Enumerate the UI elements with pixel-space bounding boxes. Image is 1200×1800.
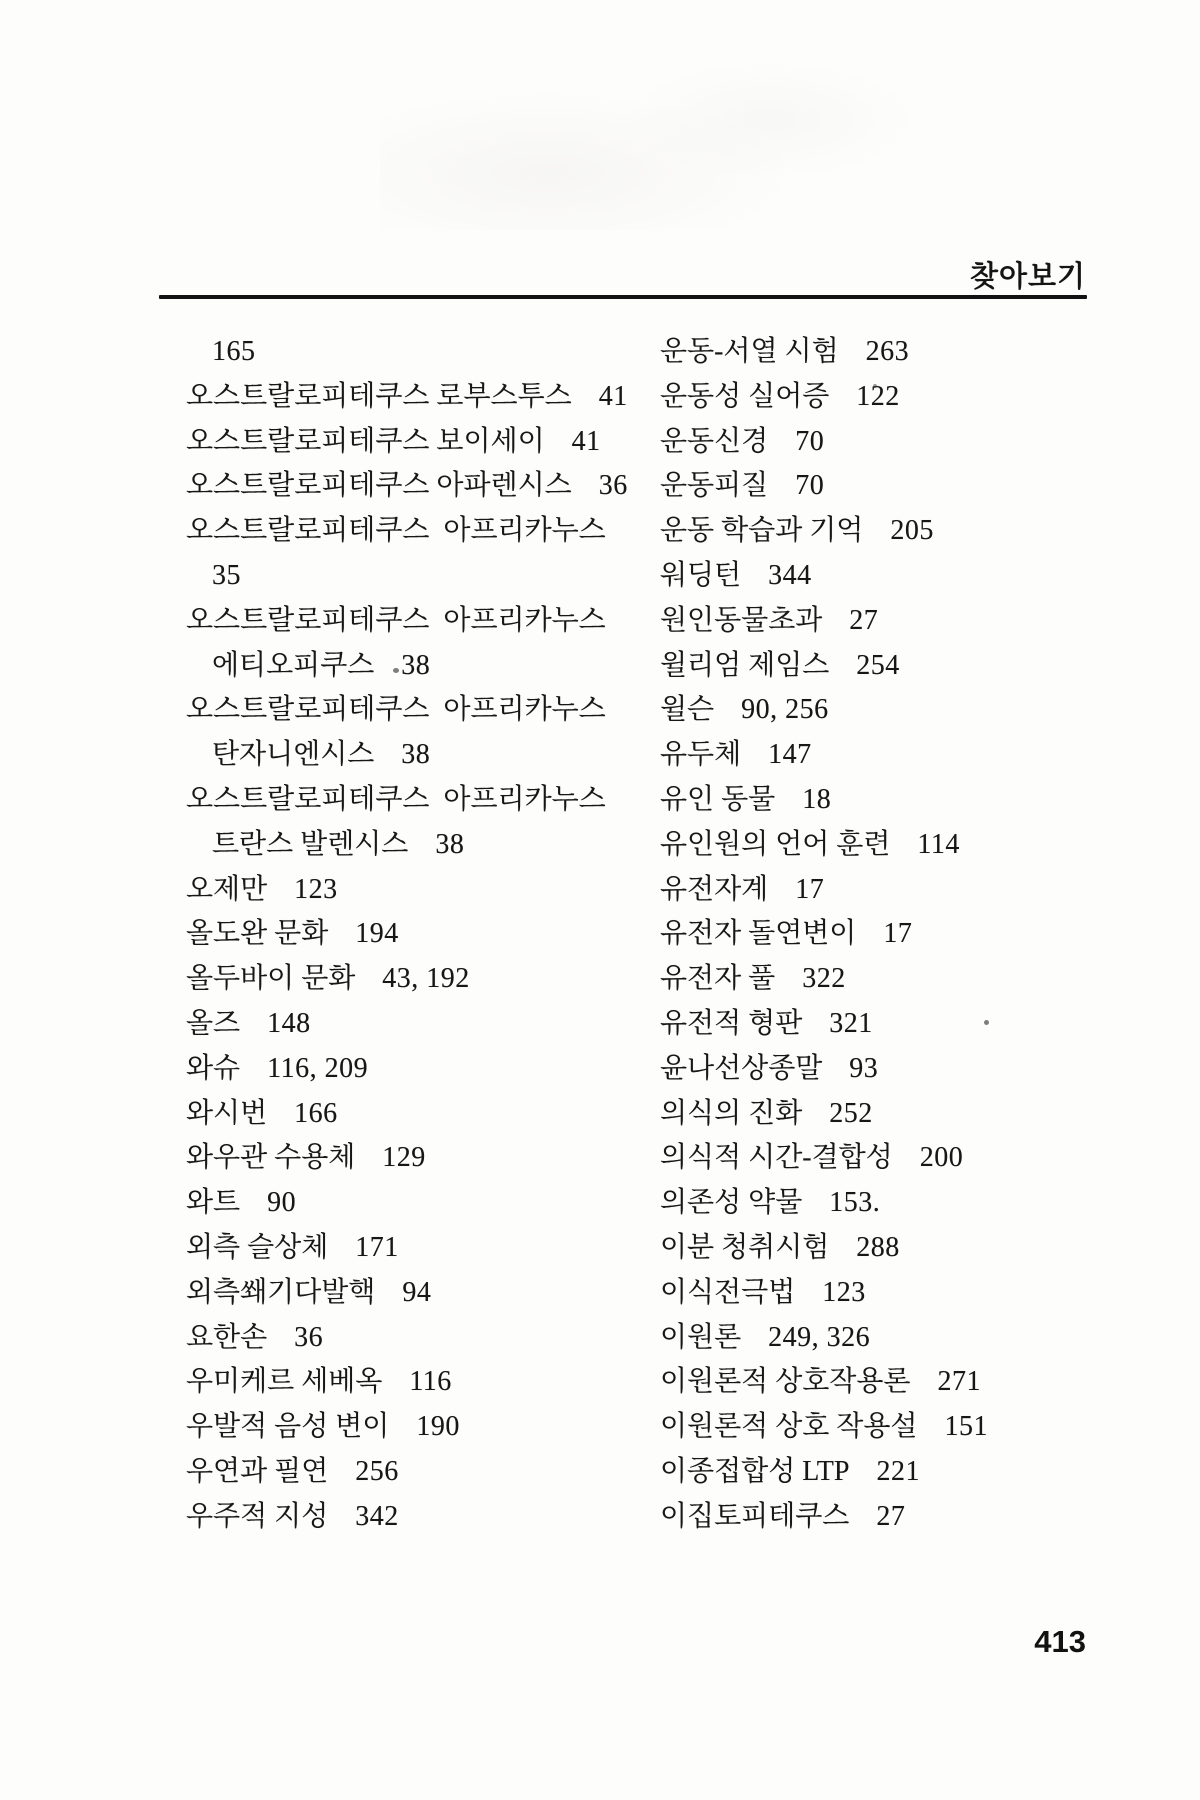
index-column-left: 165오스트랄로피테쿠스 로부스투스41오스트랄로피테쿠스 보이세이41오스트랄… <box>186 330 656 1540</box>
entry-term: 오스트랄로피테쿠스 아프리카누스 <box>186 784 606 815</box>
index-entry: 트란스 발렌시스38 <box>186 823 656 868</box>
index-entry: 유인 동물18 <box>660 778 1120 823</box>
index-entry: 외측 슬상체171 <box>186 1226 656 1271</box>
entry-page-numbers: 263 <box>866 336 910 367</box>
entry-term: 요한손 <box>186 1322 267 1353</box>
entry-term: 우미케르 세베옥 <box>186 1366 382 1397</box>
index-entry: 의식의 진화252 <box>660 1092 1120 1137</box>
entry-page-numbers: 38 <box>401 739 430 770</box>
header-rule <box>159 295 1087 299</box>
index-entry: 와트90 <box>186 1181 656 1226</box>
entry-term: 오스트랄로피테쿠스 로부스투스 <box>186 381 572 412</box>
entry-page-numbers: 18 <box>802 784 831 815</box>
index-entry: 우연과 필연256 <box>186 1450 656 1495</box>
entry-term: 이식전극법 <box>660 1277 795 1308</box>
entry-term: 운동-서열 시험 <box>660 336 839 367</box>
entry-page-numbers: 27 <box>849 605 878 636</box>
index-entry: 오스트랄로피테쿠스 아프리카누스 <box>186 688 656 733</box>
entry-term: 의식의 진화 <box>660 1098 802 1129</box>
index-entry: 운동성 실어증122 <box>660 375 1120 420</box>
index-entry: 우주적 지성342 <box>186 1495 656 1540</box>
index-entry: 와시번166 <box>186 1092 656 1137</box>
entry-term: 의식적 시간-결합성 <box>660 1142 893 1173</box>
entry-term: 우발적 음성 변이 <box>186 1411 389 1442</box>
index-entry: 의식적 시간-결합성200 <box>660 1136 1120 1181</box>
index-entry: 유전자 풀322 <box>660 957 1120 1002</box>
entry-term: 이원론적 상호작용론 <box>660 1366 910 1397</box>
entry-page-numbers: 43, 192 <box>382 963 470 994</box>
entry-page-numbers: 288 <box>856 1232 900 1263</box>
index-entry: 운동피질70 <box>660 464 1120 509</box>
entry-page-numbers: 17 <box>795 874 824 905</box>
entry-term: 와시번 <box>186 1098 267 1129</box>
entry-term: 윌슨 <box>660 694 714 725</box>
entry-term: 워딩턴 <box>660 560 741 591</box>
entry-page-numbers: 36 <box>599 470 628 501</box>
index-entry: 윤나선상종말93 <box>660 1047 1120 1092</box>
entry-term: 오스트랄로피테쿠스 보이세이 <box>186 426 545 457</box>
entry-term: 유전자 돌연변이 <box>660 918 856 949</box>
entry-term: 유전적 형판 <box>660 1008 802 1039</box>
entry-term: 유전자 풀 <box>660 963 775 994</box>
entry-page-numbers: 94 <box>402 1277 431 1308</box>
entry-page-numbers: 147 <box>768 739 812 770</box>
index-entry: 우발적 음성 변이190 <box>186 1405 656 1450</box>
index-entry: 올즈148 <box>186 1002 656 1047</box>
entry-term: 올즈 <box>186 1008 240 1039</box>
index-entry: 탄자니엔시스38 <box>186 733 656 778</box>
entry-term: 와트 <box>186 1187 240 1218</box>
page-number: 413 <box>990 1624 1086 1660</box>
entry-page-numbers: 256 <box>355 1456 399 1487</box>
entry-term: 의존성 약물 <box>660 1187 802 1218</box>
index-entry: 윌리엄 제임스254 <box>660 644 1120 689</box>
entry-page-numbers: 41 <box>572 426 601 457</box>
entry-term: 오스트랄로피테쿠스 아프리카누스 <box>186 515 606 546</box>
page-header-title: 찾아보기 <box>970 254 1086 295</box>
entry-term: 우연과 필연 <box>186 1456 328 1487</box>
entry-term: 에티오피쿠스 <box>212 650 374 681</box>
entry-term: 와우관 수용체 <box>186 1142 355 1173</box>
index-entry: 워딩턴344 <box>660 554 1120 599</box>
entry-term: 오제만 <box>186 874 267 905</box>
entry-term: 운동 학습과 기억 <box>660 515 863 546</box>
entry-term: 윌리엄 제임스 <box>660 650 829 681</box>
entry-page-numbers: 90 <box>267 1187 296 1218</box>
index-entry: 유전자계17 <box>660 868 1120 913</box>
entry-page-numbers: 271 <box>937 1366 981 1397</box>
entry-term: 유전자계 <box>660 874 768 905</box>
index-entry: 오스트랄로피테쿠스 아파렌시스36 <box>186 464 656 509</box>
index-entry: 유두체147 <box>660 733 1120 778</box>
index-entry: 이원론적 상호작용론271 <box>660 1360 1120 1405</box>
index-entry: 윌슨90, 256 <box>660 688 1120 733</box>
entry-page-numbers: 166 <box>294 1098 338 1129</box>
index-entry: 와슈116, 209 <box>186 1047 656 1092</box>
entry-page-numbers: 165 <box>212 336 256 367</box>
index-entry: 와우관 수용체129 <box>186 1136 656 1181</box>
entry-term: 외측쐐기다발핵 <box>186 1277 375 1308</box>
index-entry: 이원론적 상호 작용설151 <box>660 1405 1120 1450</box>
entry-term: 이집토피테쿠스 <box>660 1501 849 1532</box>
entry-term: 운동신경 <box>660 426 768 457</box>
entry-term: 올도완 문화 <box>186 918 328 949</box>
index-entry: 외측쐐기다발핵94 <box>186 1271 656 1316</box>
index-page: 찾아보기 165오스트랄로피테쿠스 로부스투스41오스트랄로피테쿠스 보이세이4… <box>0 0 1200 1800</box>
entry-page-numbers: 27 <box>876 1501 905 1532</box>
entry-term: 이원론적 상호 작용설 <box>660 1411 917 1442</box>
entry-term: 이원론 <box>660 1322 741 1353</box>
entry-page-numbers: 171 <box>355 1232 399 1263</box>
entry-page-numbers: 151 <box>944 1411 988 1442</box>
index-entry: 올도완 문화194 <box>186 912 656 957</box>
index-entry: 운동신경70 <box>660 420 1120 465</box>
entry-page-numbers: 122 <box>856 381 900 412</box>
entry-term: 원인동물초과 <box>660 605 822 636</box>
entry-page-numbers: 200 <box>920 1142 964 1173</box>
entry-page-numbers: 344 <box>768 560 812 591</box>
entry-term: 운동피질 <box>660 470 768 501</box>
index-column-right: 운동-서열 시험263운동성 실어증122운동신경70운동피질70운동 학습과 … <box>660 330 1120 1540</box>
entry-term: 이분 청취시험 <box>660 1232 829 1263</box>
entry-page-numbers: 129 <box>382 1142 426 1173</box>
entry-page-numbers: 90, 256 <box>741 694 829 725</box>
entry-page-numbers: 38 <box>401 650 430 681</box>
entry-page-numbers: 35 <box>212 560 241 591</box>
index-entry: 35 <box>186 554 656 599</box>
index-entry: 오제만123 <box>186 868 656 913</box>
entry-page-numbers: 36 <box>294 1322 323 1353</box>
entry-page-numbers: 116, 209 <box>267 1053 368 1084</box>
entry-term: 올두바이 문화 <box>186 963 355 994</box>
index-entry: 운동 학습과 기억205 <box>660 509 1120 554</box>
entry-term: 이종접합성 LTP <box>660 1456 849 1487</box>
scan-smudge <box>620 60 920 180</box>
entry-page-numbers: 205 <box>890 515 934 546</box>
index-entry: 의존성 약물153. <box>660 1181 1120 1226</box>
index-entry: 이분 청취시험288 <box>660 1226 1120 1271</box>
entry-term: 윤나선상종말 <box>660 1053 822 1084</box>
entry-page-numbers: 321 <box>829 1008 873 1039</box>
entry-page-numbers: 254 <box>856 650 900 681</box>
index-entry: 우미케르 세베옥116 <box>186 1360 656 1405</box>
scan-smudge <box>380 90 800 230</box>
entry-page-numbers: 114 <box>917 829 959 860</box>
entry-page-numbers: 17 <box>883 918 912 949</box>
index-entry: 오스트랄로피테쿠스 로부스투스41 <box>186 375 656 420</box>
index-entry: 운동-서열 시험263 <box>660 330 1120 375</box>
index-entry: 이식전극법123 <box>660 1271 1120 1316</box>
entry-page-numbers: 93 <box>849 1053 878 1084</box>
index-entry: 오스트랄로피테쿠스 아프리카누스 <box>186 599 656 644</box>
entry-page-numbers: 342 <box>355 1501 399 1532</box>
entry-term: 탄자니엔시스 <box>212 739 374 770</box>
entry-term: 오스트랄로피테쿠스 아프리카누스 <box>186 694 606 725</box>
entry-page-numbers: 116 <box>409 1366 451 1397</box>
entry-page-numbers: 123 <box>822 1277 866 1308</box>
index-entry: 오스트랄로피테쿠스 보이세이41 <box>186 420 656 465</box>
entry-term: 우주적 지성 <box>186 1501 328 1532</box>
entry-page-numbers: 38 <box>435 829 464 860</box>
entry-page-numbers: 322 <box>802 963 846 994</box>
entry-term: 트란스 발렌시스 <box>212 829 408 860</box>
entry-page-numbers: 190 <box>416 1411 460 1442</box>
entry-term: 유인원의 언어 훈련 <box>660 829 890 860</box>
entry-page-numbers: 70 <box>795 426 824 457</box>
entry-term: 유인 동물 <box>660 784 775 815</box>
index-entry: 요한손36 <box>186 1316 656 1361</box>
entry-term: 와슈 <box>186 1053 240 1084</box>
entry-page-numbers: 153. <box>829 1187 880 1218</box>
index-entry: 유전적 형판321 <box>660 1002 1120 1047</box>
entry-page-numbers: 70 <box>795 470 824 501</box>
index-entry: 올두바이 문화43, 192 <box>186 957 656 1002</box>
entry-term: 유두체 <box>660 739 741 770</box>
entry-page-numbers: 252 <box>829 1098 873 1129</box>
entry-page-numbers: 123 <box>294 874 338 905</box>
entry-page-numbers: 249, 326 <box>768 1322 870 1353</box>
index-entry: 유전자 돌연변이17 <box>660 912 1120 957</box>
entry-page-numbers: 221 <box>876 1456 920 1487</box>
index-entry: 이집토피테쿠스27 <box>660 1495 1120 1540</box>
index-entry: 오스트랄로피테쿠스 아프리카누스 <box>186 778 656 823</box>
entry-term: 외측 슬상체 <box>186 1232 328 1263</box>
index-entry: 165 <box>186 330 656 375</box>
index-entry: 오스트랄로피테쿠스 아프리카누스 <box>186 509 656 554</box>
index-entry: 이종접합성 LTP221 <box>660 1450 1120 1495</box>
entry-page-numbers: 148 <box>267 1008 311 1039</box>
entry-term: 오스트랄로피테쿠스 아파렌시스 <box>186 470 572 501</box>
index-entry: 에티오피쿠스38 <box>186 644 656 689</box>
index-entry: 유인원의 언어 훈련114 <box>660 823 1120 868</box>
index-entry: 원인동물초과27 <box>660 599 1120 644</box>
entry-page-numbers: 194 <box>355 918 399 949</box>
entry-term: 오스트랄로피테쿠스 아프리카누스 <box>186 605 606 636</box>
index-entry: 이원론249, 326 <box>660 1316 1120 1361</box>
entry-page-numbers: 41 <box>599 381 628 412</box>
entry-term: 운동성 실어증 <box>660 381 829 412</box>
